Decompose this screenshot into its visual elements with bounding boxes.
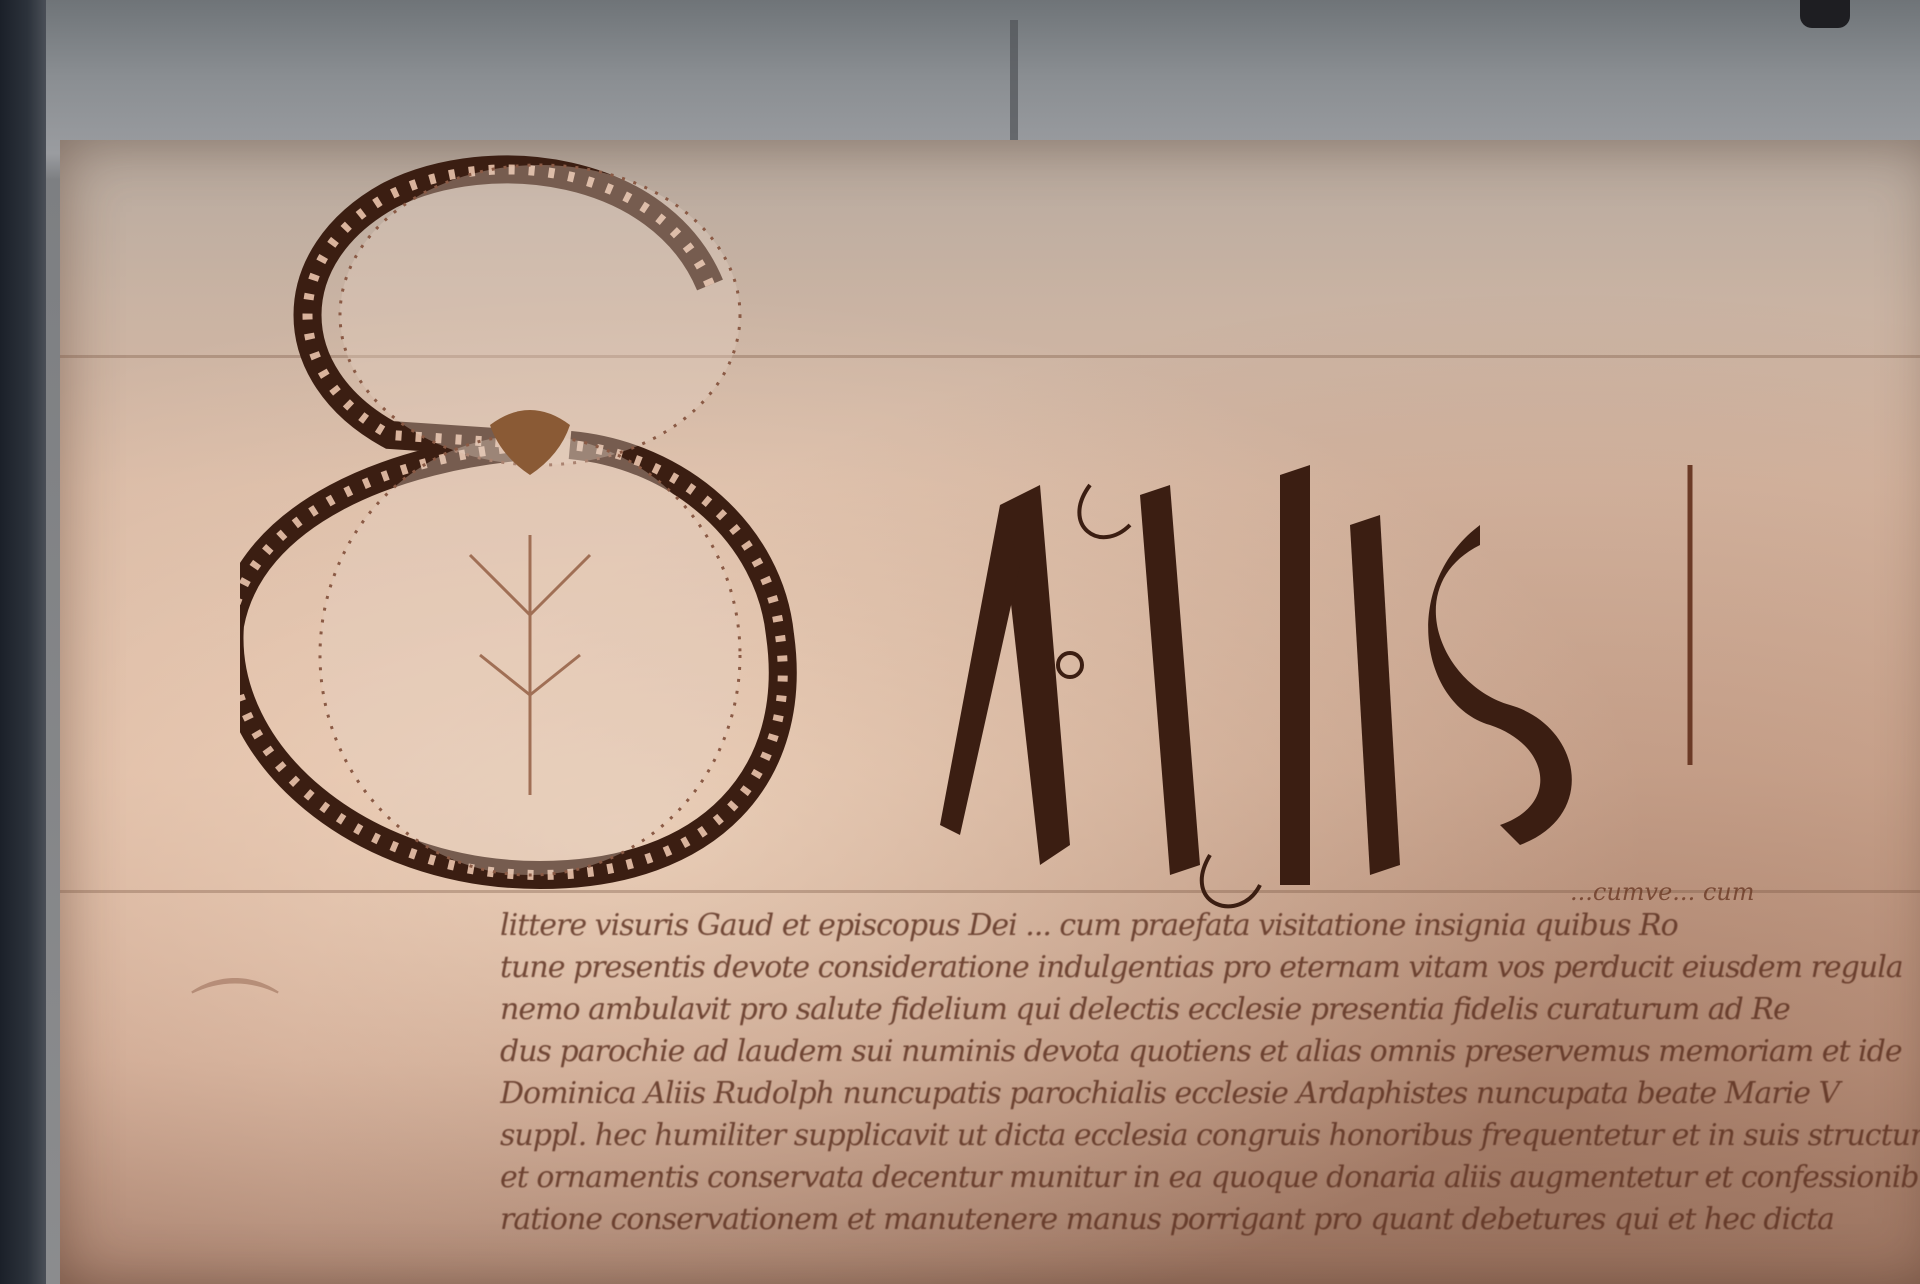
- text-line: tune presentis devote consideratione ind…: [500, 947, 1920, 989]
- decorated-initial-s: [240, 155, 870, 895]
- text-line: ratione conservationem et manutenere man…: [500, 1199, 1920, 1241]
- display-frame-edge: [0, 0, 46, 1284]
- text-line: nemo ambulavit pro salute fidelium qui d…: [500, 989, 1920, 1031]
- text-line: littere visuris Gaud et episcopus Dei ..…: [500, 905, 1920, 947]
- gothic-letters: [880, 465, 1780, 925]
- text-line: suppl. hec humiliter supplicavit ut dict…: [500, 1115, 1920, 1157]
- hanging-hook: [1800, 0, 1850, 28]
- stone-seam: [1010, 20, 1018, 160]
- header-note: ...cumve... cum: [1570, 878, 1754, 906]
- text-line: dus parochie ad laudem sui numinis devot…: [500, 1031, 1920, 1073]
- manuscript-body-text: littere visuris Gaud et episcopus Dei ..…: [500, 905, 1920, 1241]
- text-line: Dominica Aliis Rudolph nuncupatis paroch…: [500, 1073, 1920, 1115]
- marginal-mark: ⌒: [190, 950, 300, 1080]
- text-line: et ornamentis conservata decentur munitu…: [500, 1157, 1920, 1199]
- illuminated-initials: [240, 145, 1920, 905]
